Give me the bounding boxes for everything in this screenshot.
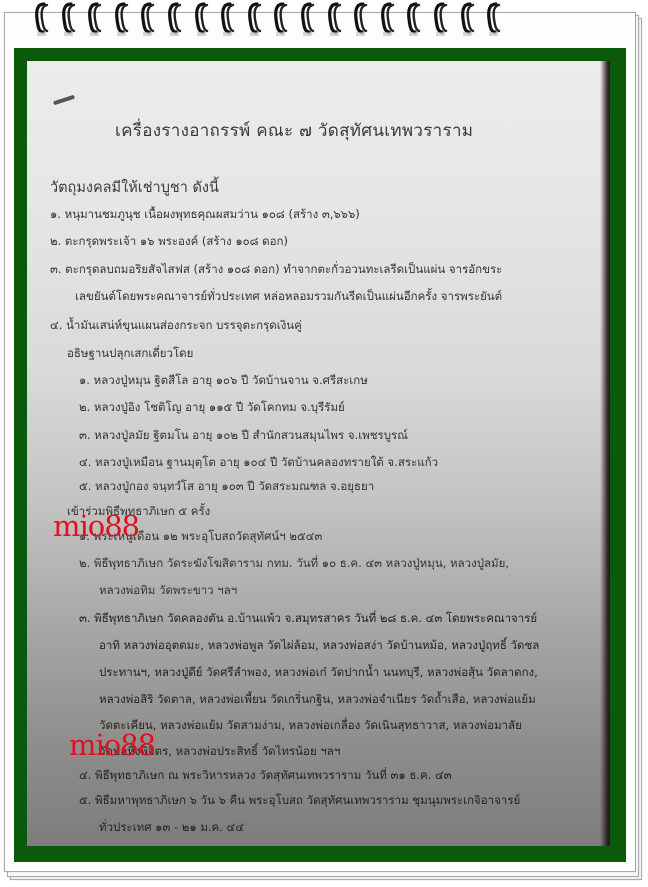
spiral-ring-icon [459,1,475,37]
ceremony-line: หลวงพ่อทิม วัดพระขาว ฯลฯ [99,582,237,600]
monk-line: ๒. หลวงปู่อิง โชติโญ อายุ ๑๑๕ ปี วัดโคกท… [79,399,345,417]
spiral-ring-icon [352,1,368,37]
ceremony-line: ๒. พิธีพุทธาภิเษก วัดระฆังโฆสิตาราม กทม.… [79,555,509,573]
ceremony-line: วัดตะเคียน, หลวงพ่อแย้ม วัดสามง่าม, หลวง… [99,717,522,735]
monk-line: ๓. หลวงปู่ลมัย ฐิตมโน อายุ ๑๐๒ ปี สำนักส… [79,427,408,445]
spiral-ring-icon [219,1,235,37]
monk-line: ๑. หลวงปู่หมุน ฐิตสีโล อายุ ๑๐๖ ปี วัดบ้… [79,372,368,390]
spiral-ring-icon [113,1,129,37]
spiral-binding [0,0,648,44]
ceremony-line: ทั่วประเทศ ๑๓ - ๒๑ ม.ค. ๔๔ [99,819,244,837]
ceremony-line: อาทิ หลวงพ่ออุตตมะ, หลวงพ่อพูล วัดไผ่ล้อ… [99,637,539,655]
ceremony-line: ๓. พิธีพุทธาภิเษก วัดคลองตัน อ.บ้านแพ้ว … [79,610,537,628]
spiral-ring-icon [33,1,49,37]
item-line: ๔. น้ำมันเสน่ห์ขุนแผนส่องกระจก บรรจุตะกร… [50,317,302,335]
monk-line: ๕. หลวงปู่กอง จนฺทวํโส อายุ ๑๐๓ ปี วัดสร… [79,478,374,496]
item-line: ๓. ตะกรุดลบถมอริยสัจไสฟส (สร้าง ๑๐๘ ดอก)… [50,261,502,279]
spiral-ring-icon [379,1,395,37]
spiral-ring-icon [246,1,262,37]
pen-mark [53,95,75,106]
intro-line: วัตถุมงคลมีให้เช่าบูชา ดังนี้ [50,176,219,199]
blessing-heading: อธิษฐานปลุกเสกเดี่ยวโดย [67,345,193,363]
watermark: mio88 [69,731,155,760]
spiral-ring-icon [299,1,315,37]
spiral-ring-icon [272,1,288,37]
document-title: เครื่องรางอาถรรพ์ คณะ ๗ วัดสุทัศนเทพวราร… [115,117,473,144]
ceremony-line: ๔. พิธีพุทธาภิเษก ณ พระวิหารหลวง วัดสุทั… [79,767,452,785]
ceremony-line: หลวงพ่อสิริ วัดตาล, หลวงพ่อเพี้ยน วัดเกร… [99,691,536,709]
printed-document: เครื่องรางอาถรรพ์ คณะ ๗ วัดสุทัศนเทพวราร… [27,61,610,846]
spiral-ring-icon [193,1,209,37]
ceremony-line: ๕. พิธีมหาพุทธาภิเษก ๖ วัน ๖ คืน พระอุโบ… [79,792,520,810]
spiral-ring-icon [60,1,76,37]
photo-frame: เครื่องรางอาถรรพ์ คณะ ๗ วัดสุทัศนเทพวราร… [14,48,626,862]
watermark: mio88 [53,512,139,541]
spiral-ring-icon [405,1,421,37]
document-photo: เครื่องรางอาถรรพ์ คณะ ๗ วัดสุทัศนเทพวราร… [27,61,610,846]
spiral-ring-icon [485,1,501,37]
spiral-ring-icon [166,1,182,37]
spiral-ring-icon [86,1,102,37]
item-line: เลขยันต์โดยพระคณาจารย์ทั่วประเทศ หล่อหลอ… [75,288,502,306]
spiral-ring-icon [326,1,342,37]
item-line: ๒. ตะกรุดพระเจ้า ๑๖ พระองค์ (สร้าง ๑๐๘ ด… [50,233,288,251]
ceremony-line: ประทานฯ, หลวงปู่ดีย์ วัดศรีลำพอง, หลวงพ่… [99,664,538,682]
monk-line: ๔. หลวงปู่เหมือน ฐานมุตฺโต อายุ ๑๐๔ ปี ว… [79,454,438,472]
item-line: ๑. หนุมานชมภูนุช เนื้อผงพุทธคุณผสมว่าน ๑… [50,206,360,224]
spiral-ring-icon [432,1,448,37]
spiral-ring-icon [139,1,155,37]
